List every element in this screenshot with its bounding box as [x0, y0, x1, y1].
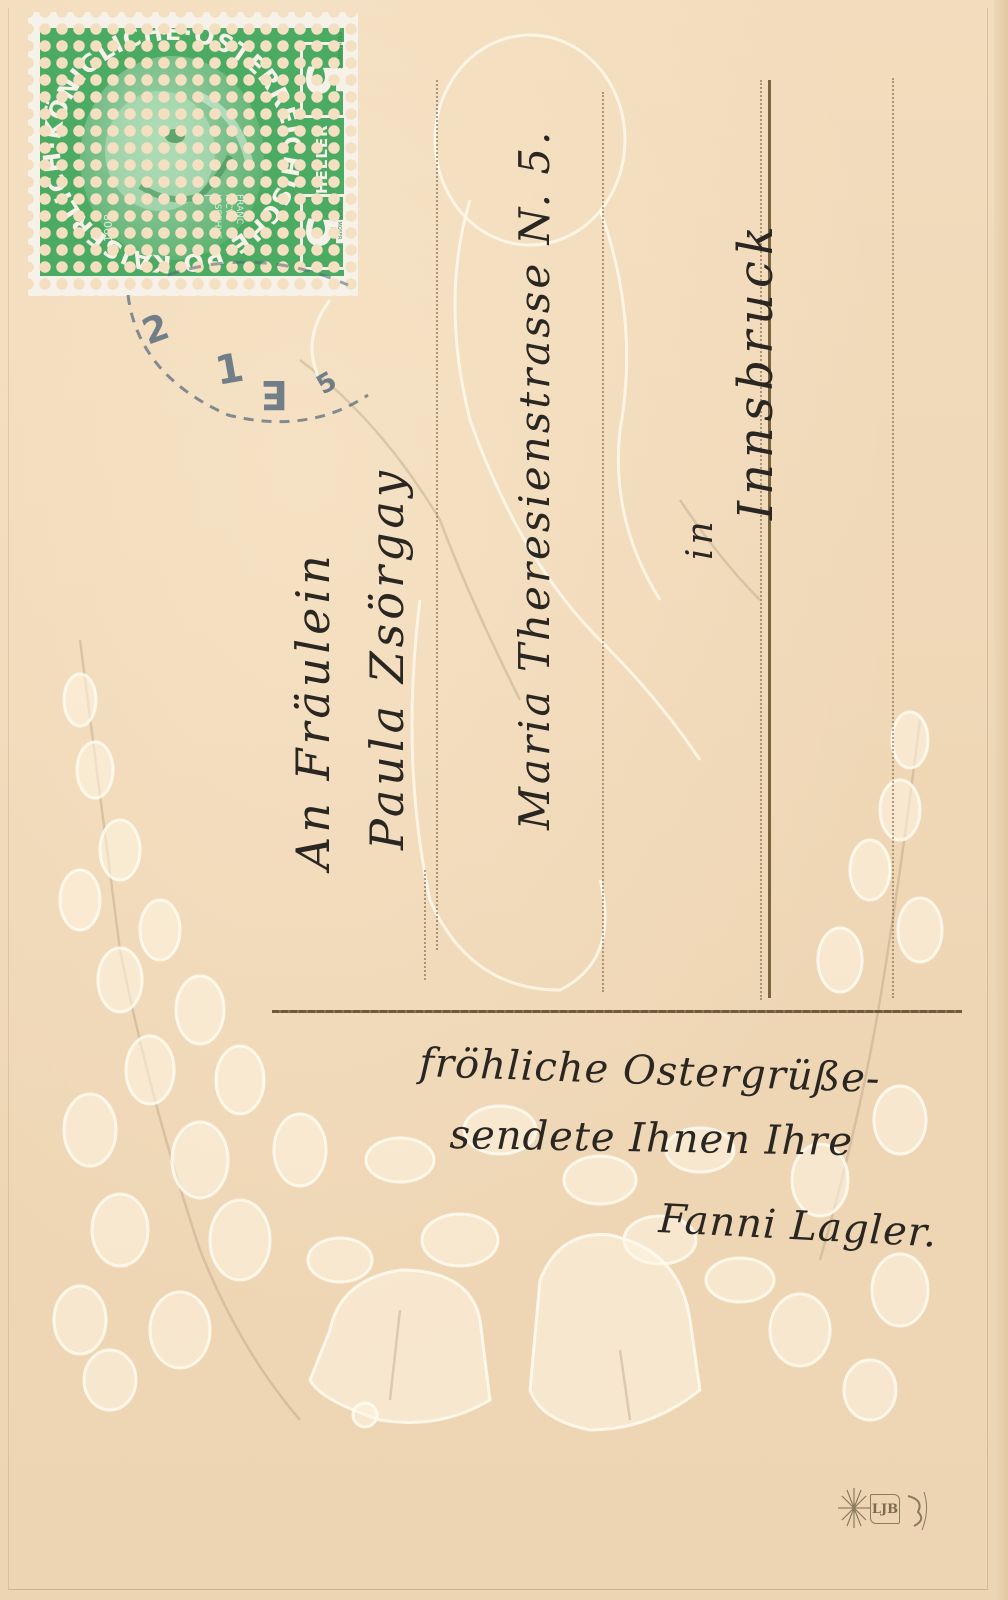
stamp-designer-imprint: KOLOM MOSER: [336, 202, 342, 239]
address-guide-line-3: [760, 80, 762, 1000]
stamp-year: 1908: [102, 214, 115, 242]
message-divider-horizontal: [272, 1010, 962, 1013]
address-line-name: Paula Zsörgay: [360, 467, 414, 850]
svg-text:KAISERLICH·KÖNIGLICHE·ÖSTERREI: KAISERLICH·KÖNIGLICHE·ÖSTERREICHISCHE·PO…: [40, 28, 304, 276]
postcard: KAISERLICH·KÖNIGLICHE·ÖSTERREICHISCHE·PO…: [0, 0, 1008, 1600]
address-guide-line-2: [602, 92, 604, 992]
stamp-portrait-caption: FRANC ISCVS JOSEPHVS I: [200, 194, 244, 239]
stamp-currency: HELLER: [302, 124, 342, 194]
postage-stamp: KAISERLICH·KÖNIGLICHE·ÖSTERREICHISCHE·PO…: [28, 12, 358, 296]
stamp-border-legend: KAISERLICH·KÖNIGLICHE·ÖSTERREICHISCHE·PO…: [40, 28, 304, 276]
svg-text:2: 2: [137, 306, 175, 353]
publisher-monogram: LJB: [870, 1494, 900, 1524]
svg-text:5: 5: [312, 366, 343, 401]
message-line-1: fröhliche Ostergrüße-: [418, 1040, 881, 1102]
embossed-bells: [310, 1235, 700, 1430]
address-line-street: Maria Theresienstrasse N. 5.: [510, 129, 559, 830]
publisher-mark: LJB: [838, 1486, 930, 1536]
address-divider-vertical: [768, 80, 771, 998]
address-line-city: Innsbruck: [728, 220, 784, 520]
address-line-prefix: in: [680, 517, 721, 560]
address-guide-line-4: [892, 78, 894, 998]
card-edge: [994, 0, 1008, 1600]
svg-text:1: 1: [212, 345, 247, 395]
address-guide-line-1: [436, 80, 438, 950]
address-guide-line-1b: [424, 870, 426, 980]
message-signature: Fanni Lagler.: [658, 1196, 939, 1257]
stamp-printer-imprint: F.SCHIRNBÖCK: [336, 32, 342, 69]
message-line-2: sendete Ihnen Ihre: [449, 1112, 853, 1165]
address-line-salutation: An Fräulein: [286, 551, 340, 870]
svg-text:E: E: [261, 371, 288, 417]
stamp-design: KAISERLICH·KÖNIGLICHE·ÖSTERREICHISCHE·PO…: [40, 28, 344, 276]
